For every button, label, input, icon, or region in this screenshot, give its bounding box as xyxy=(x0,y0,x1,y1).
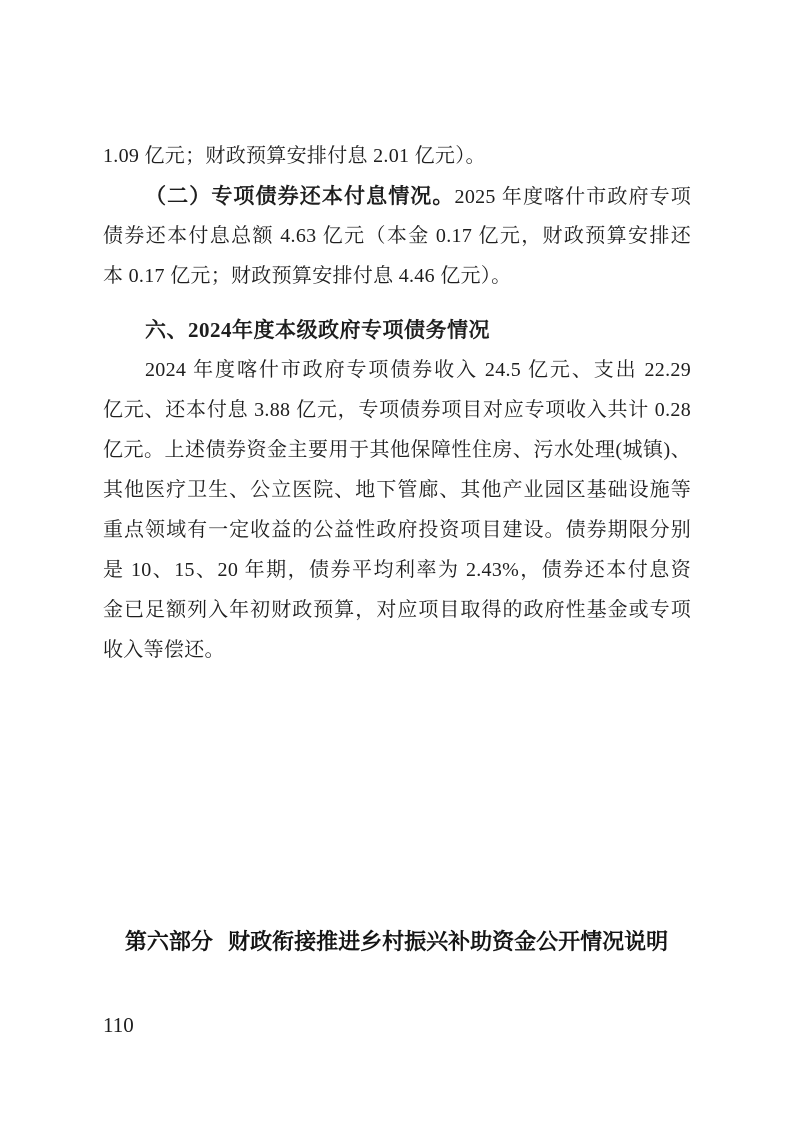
paragraph-line: 金已足额列入年初财政预算，对应项目取得的政府性基金或专项 xyxy=(103,590,691,630)
page-number: 110 xyxy=(103,1010,134,1040)
paragraph-line: （二）专项债券还本付息情况。2025 年度喀什市政府专项 xyxy=(103,176,691,216)
paragraph-text: 2025 年度喀什市政府专项 xyxy=(455,186,691,208)
document-page: 1.09 亿元；财政预算安排付息 2.01 亿元）。 （二）专项债券还本付息情况… xyxy=(0,0,793,1122)
subheading-special-bond-repayment: （二）专项债券还本付息情况。 xyxy=(145,184,455,208)
paragraph-line: 收入等偿还。 xyxy=(103,630,691,670)
paragraph-line: 其他医疗卫生、公立医院、地下管廊、其他产业园区基础设施等 xyxy=(103,470,691,510)
paragraph-line: 重点领域有一定收益的公益性政府投资项目建设。债券期限分别 xyxy=(103,510,691,550)
paragraph-line: 本 0.17 亿元；财政预算安排付息 4.46 亿元）。 xyxy=(103,256,691,296)
paragraph-line: 是 10、15、20 年期，债券平均利率为 2.43%，债券还本付息资 xyxy=(103,550,691,590)
part-six-heading: 第六部分 财政衔接推进乡村振兴补助资金公开情况说明 xyxy=(96,926,697,960)
paragraph-line: 1.09 亿元；财政预算安排付息 2.01 亿元）。 xyxy=(103,136,691,176)
paragraph-line: 亿元。上述债券资金主要用于其他保障性住房、污水处理(城镇)、 xyxy=(103,430,691,470)
page-content: 1.09 亿元；财政预算安排付息 2.01 亿元）。 （二）专项债券还本付息情况… xyxy=(103,136,691,670)
paragraph-line: 债券还本付息总额 4.63 亿元（本金 0.17 亿元，财政预算安排还 xyxy=(103,216,691,256)
section-heading-special-debt: 六、2024年度本级政府专项债务情况 xyxy=(103,310,691,350)
paragraph-line: 2024 年度喀什市政府专项债券收入 24.5 亿元、支出 22.29 xyxy=(103,350,691,390)
paragraph-line: 亿元、还本付息 3.88 亿元，专项债券项目对应专项收入共计 0.28 xyxy=(103,390,691,430)
